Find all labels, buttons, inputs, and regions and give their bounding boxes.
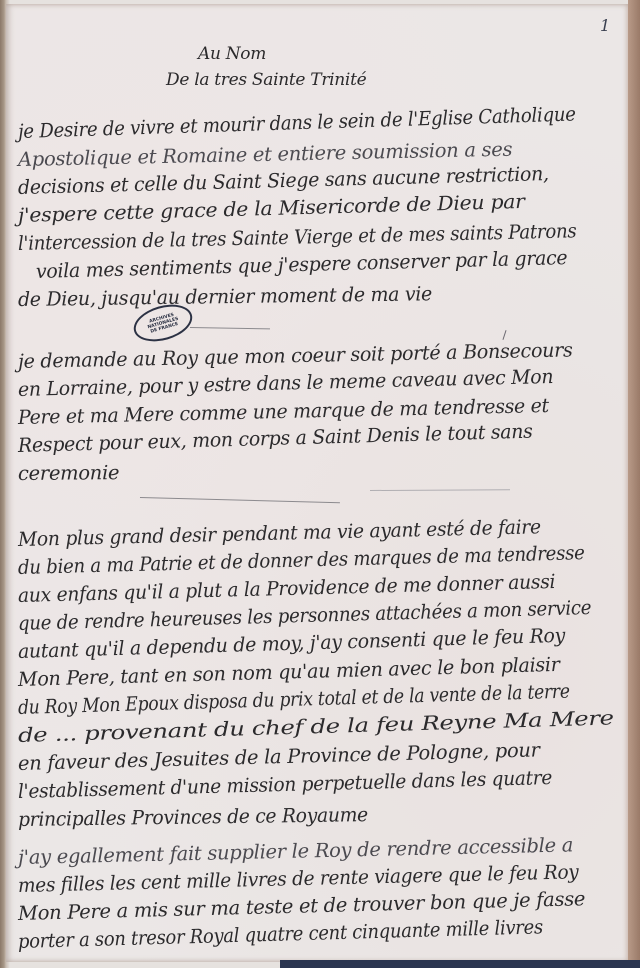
binding-edge — [280, 960, 640, 968]
page-number: 1 — [600, 16, 610, 35]
heading-line-2: De la tres Sainte Trinité — [166, 70, 366, 90]
heading-line-1: Au Nom — [198, 44, 266, 64]
text-line: ceremonie — [18, 461, 119, 485]
text-line: principalles Provinces de ce Royaume — [18, 803, 368, 831]
book-edge — [628, 0, 640, 968]
